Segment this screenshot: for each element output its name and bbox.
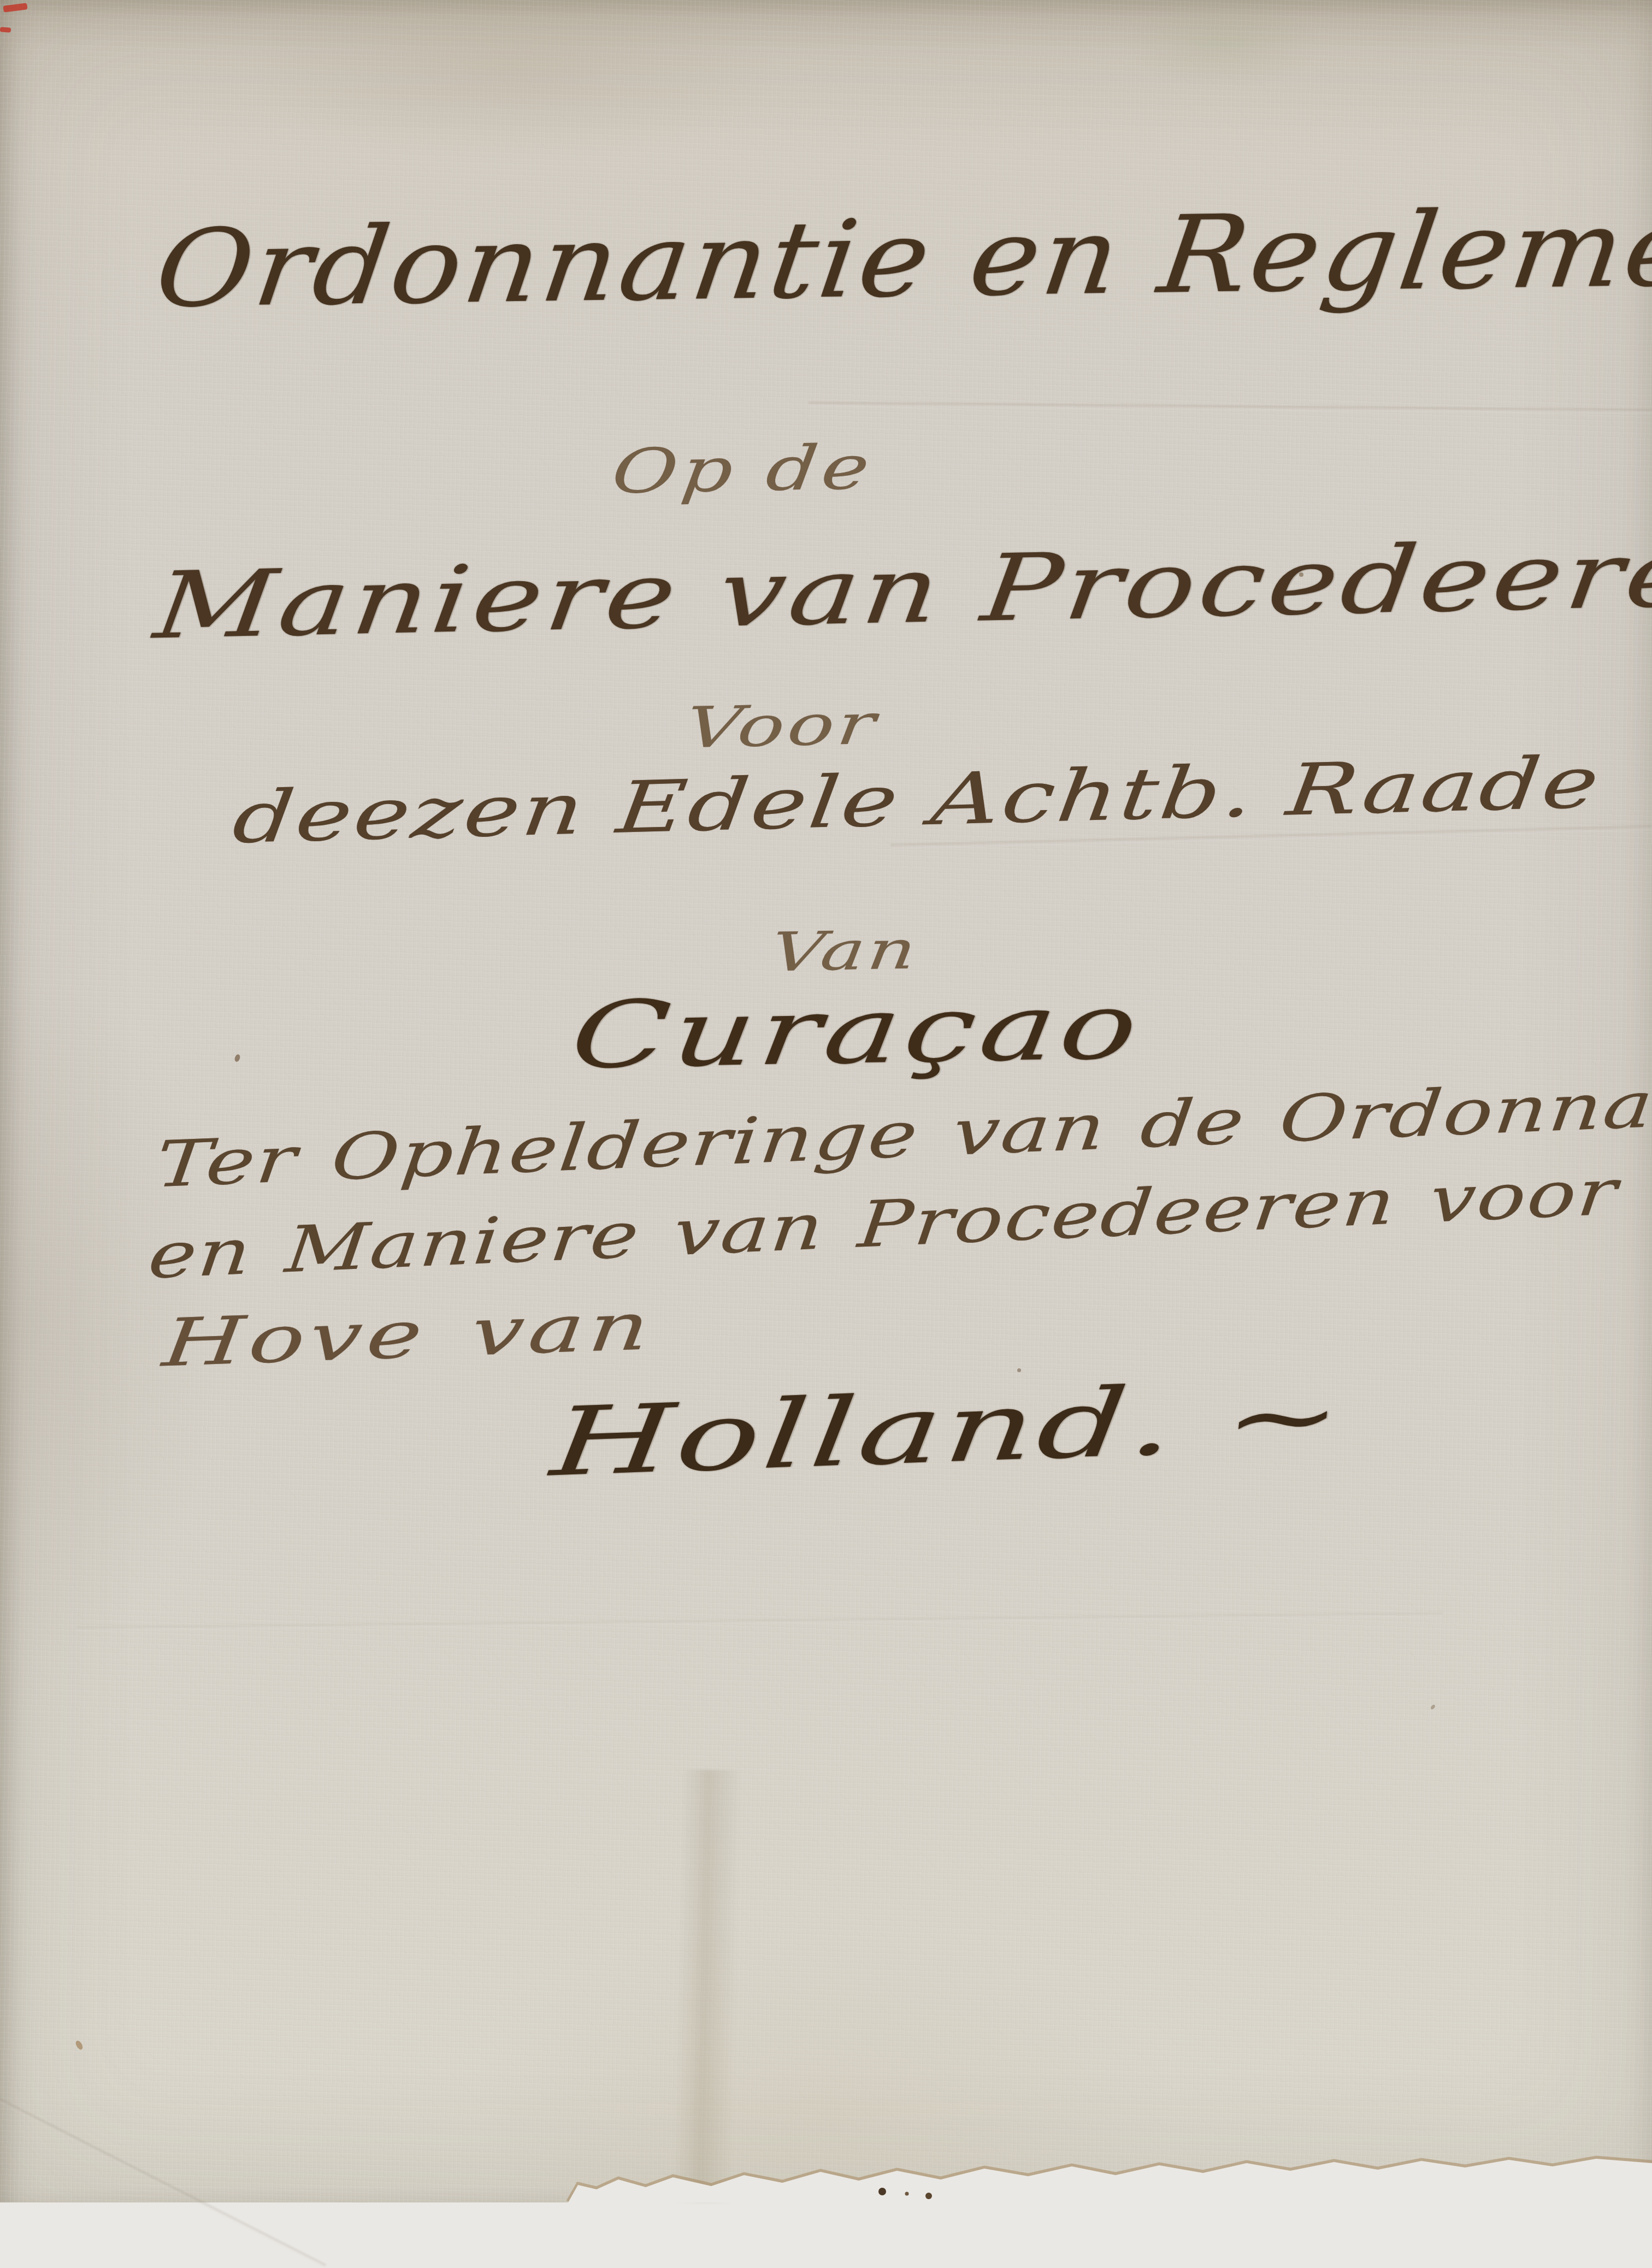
torn-bottom-edge <box>0 2137 1652 2202</box>
manuscript-page: Ordonnantie en Reglement Op de Maniere v… <box>0 0 1652 2202</box>
paper-speck <box>74 2040 84 2051</box>
title-line-van: Van <box>768 923 922 979</box>
tear-speck <box>878 2188 886 2195</box>
title-line-deezen-edele-achtb-raade: deezen Edele Achtb. Raade <box>229 746 1604 853</box>
paper-speck <box>1430 1704 1436 1710</box>
title-line-curacao: Curaçao <box>567 980 1147 1082</box>
red-corner-mark <box>0 27 11 32</box>
crease-top-right <box>809 401 1652 414</box>
red-corner-mark <box>3 3 27 12</box>
title-line-op-de: Op de <box>609 437 877 503</box>
paper-speck <box>234 1054 241 1062</box>
title-line-maniere-van-procedeeren: Maniere van Procedeeren <box>150 526 1652 652</box>
crease-lower <box>76 1613 1442 1631</box>
tear-speck <box>905 2192 909 2196</box>
title-line-holland: Holland. ~ <box>547 1368 1349 1490</box>
subtitle-line-hove-van: Hove van <box>160 1294 657 1377</box>
title-line-ordonnantie-en-reglement: Ordonnantie en Reglement <box>150 192 1652 322</box>
tear-speck <box>925 2193 932 2199</box>
title-line-voor: Voor <box>683 696 881 757</box>
